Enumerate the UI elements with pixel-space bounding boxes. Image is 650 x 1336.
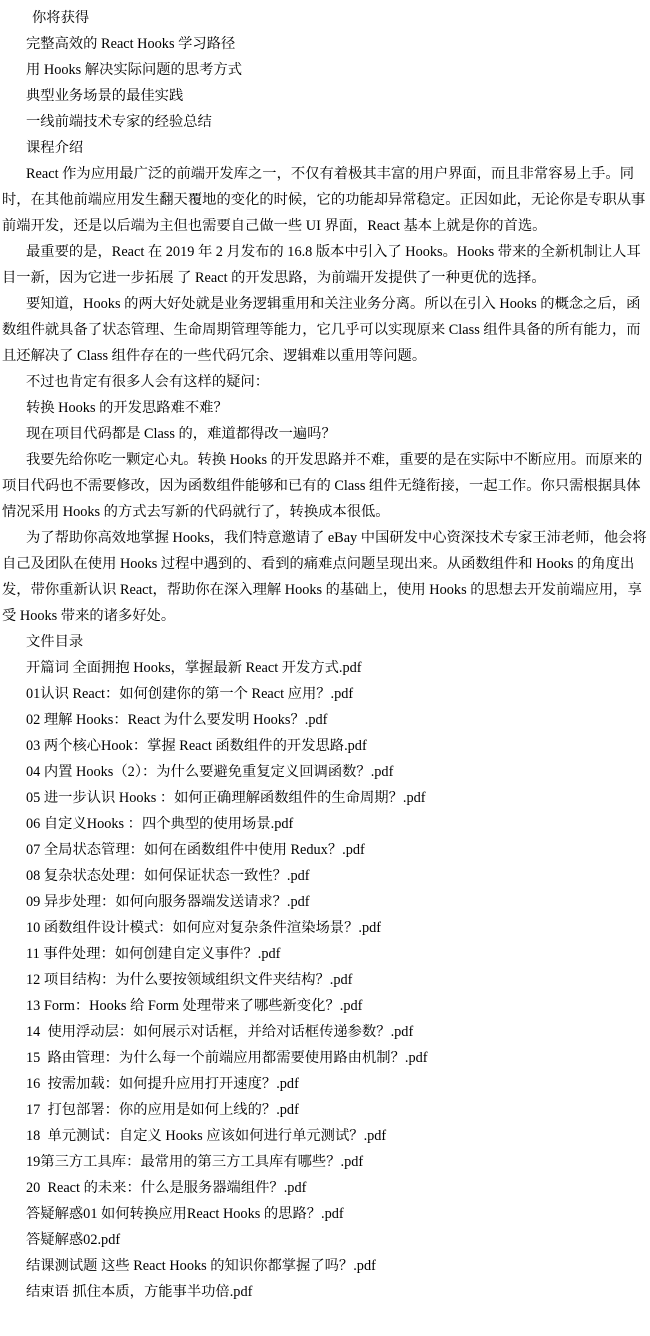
intro-paragraph: 要知道，Hooks 的两大好处就是业务逻辑重用和关注业务分离。所以在引入 Hoo… xyxy=(2,291,648,369)
intro-paragraph: 我要先给你吃一颗定心丸。转换 Hooks 的开发思路并不难，重要的是在实际中不断… xyxy=(2,447,648,525)
benefit-item: 用 Hooks 解决实际问题的思考方式 xyxy=(2,57,648,83)
file-item: 03 两个核心Hook：掌握 React 函数组件的开发思路.pdf xyxy=(2,733,648,759)
file-item: 01认识 React：如何创建你的第一个 React 应用？.pdf xyxy=(2,681,648,707)
course-document-page: 你将获得 完整高效的 React Hooks 学习路径 用 Hooks 解决实际… xyxy=(0,0,650,1336)
benefit-item: 典型业务场景的最佳实践 xyxy=(2,83,648,109)
file-item: 答疑解惑02.pdf xyxy=(2,1227,648,1253)
file-item: 15 路由管理：为什么每一个前端应用都需要使用路由机制？.pdf xyxy=(2,1045,648,1071)
benefit-item: 完整高效的 React Hooks 学习路径 xyxy=(2,31,648,57)
course-intro-section: 课程介绍 React 作为应用最广泛的前端开发库之一，不仅有着极其丰富的用户界面… xyxy=(2,135,648,629)
file-item: 10 函数组件设计模式：如何应对复杂条件渲染场景？.pdf xyxy=(2,915,648,941)
file-item: 20 React 的未来：什么是服务器端组件？.pdf xyxy=(2,1175,648,1201)
file-item: 18 单元测试：自定义 Hooks 应该如何进行单元测试？.pdf xyxy=(2,1123,648,1149)
file-item: 07 全局状态管理：如何在函数组件中使用 Redux？.pdf xyxy=(2,837,648,863)
file-item: 13 Form：Hooks 给 Form 处理带来了哪些新变化？.pdf xyxy=(2,993,648,1019)
file-item: 答疑解惑01 如何转换应用React Hooks 的思路？.pdf xyxy=(2,1201,648,1227)
file-item: 06 自定义Hooks ：四个典型的使用场景.pdf xyxy=(2,811,648,837)
file-item: 02 理解 Hooks：React 为什么要发明 Hooks？.pdf xyxy=(2,707,648,733)
intro-question: 转换 Hooks 的开发思路难不难？ xyxy=(2,395,648,421)
file-item: 结课测试题 这些 React Hooks 的知识你都掌握了吗？.pdf xyxy=(2,1253,648,1279)
intro-paragraph: React 作为应用最广泛的前端开发库之一，不仅有着极其丰富的用户界面，而且非常… xyxy=(2,161,648,239)
intro-question: 现在项目代码都是 Class 的，难道都得改一遍吗？ xyxy=(2,421,648,447)
benefit-item: 一线前端技术专家的经验总结 xyxy=(2,109,648,135)
file-item: 11 事件处理：如何创建自定义事件？.pdf xyxy=(2,941,648,967)
file-item: 结束语 抓住本质，方能事半功倍.pdf xyxy=(2,1279,648,1305)
intro-paragraph: 最重要的是，React 在 2019 年 2 月发布的 16.8 版本中引入了 … xyxy=(2,239,648,291)
file-item: 17 打包部署：你的应用是如何上线的？.pdf xyxy=(2,1097,648,1123)
benefits-section: 你将获得 完整高效的 React Hooks 学习路径 用 Hooks 解决实际… xyxy=(2,5,648,135)
file-item: 12 项目结构：为什么要按领域组织文件夹结构？.pdf xyxy=(2,967,648,993)
intro-paragraph: 不过也肯定有很多人会有这样的疑问： xyxy=(2,369,648,395)
file-item: 09 异步处理：如何向服务器端发送请求？.pdf xyxy=(2,889,648,915)
file-item: 04 内置 Hooks（2）：为什么要避免重复定义回调函数？.pdf xyxy=(2,759,648,785)
file-item: 05 进一步认识 Hooks ：如何正确理解函数组件的生命周期？.pdf xyxy=(2,785,648,811)
file-item: 16 按需加载：如何提升应用打开速度？.pdf xyxy=(2,1071,648,1097)
intro-paragraph: 为了帮助你高效地掌握 Hooks，我们特意邀请了 eBay 中国研发中心资深技术… xyxy=(2,525,648,629)
benefits-title: 你将获得 xyxy=(2,5,648,31)
file-item: 19第三方工具库：最常用的第三方工具库有哪些？.pdf xyxy=(2,1149,648,1175)
file-item: 08 复杂状态处理：如何保证状态一致性？.pdf xyxy=(2,863,648,889)
file-item: 14 使用浮动层：如何展示对话框，并给对话框传递参数？.pdf xyxy=(2,1019,648,1045)
file-item: 开篇词 全面拥抱 Hooks，掌握最新 React 开发方式.pdf xyxy=(2,655,648,681)
file-directory-title: 文件目录 xyxy=(2,629,648,655)
file-directory-section: 文件目录 开篇词 全面拥抱 Hooks，掌握最新 React 开发方式.pdf … xyxy=(2,629,648,1305)
course-intro-title: 课程介绍 xyxy=(2,135,648,161)
